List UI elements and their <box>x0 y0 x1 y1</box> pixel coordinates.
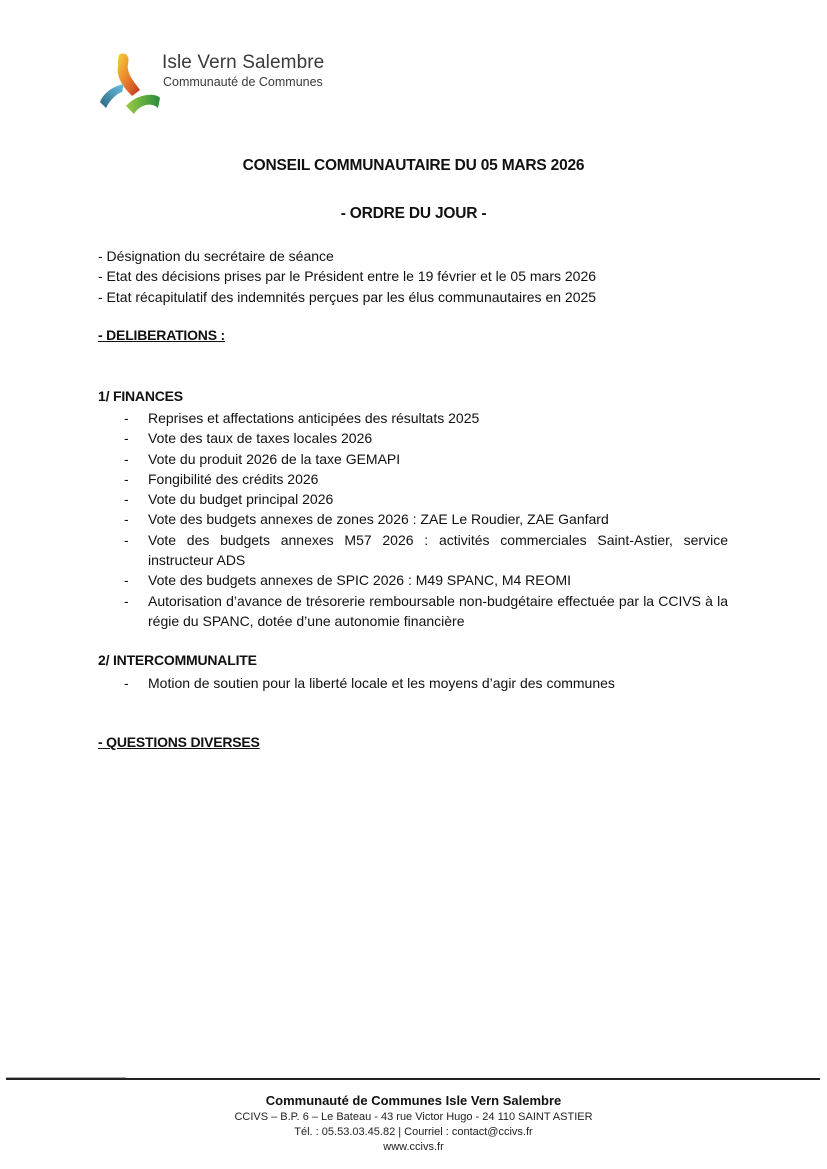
intro-list: - Désignation du secrétaire de séance - … <box>98 246 596 307</box>
section-heading-intercommunalite: 2/ INTERCOMMUNALITE <box>98 652 257 668</box>
intro-item: - Etat des décisions prises par le Prési… <box>98 266 596 286</box>
intercommunalite-list: -Motion de soutien pour la liberté local… <box>98 673 728 693</box>
list-item: -Vote des taux de taxes locales 2026 <box>98 428 728 448</box>
finances-list: -Reprises et affectations anticipées des… <box>98 408 728 631</box>
footer-organization: Communauté de Communes Isle Vern Salembr… <box>0 1093 827 1108</box>
list-item: -Autorisation d’avance de trésorerie rem… <box>98 591 728 632</box>
deliberations-heading: - DELIBERATIONS : <box>98 327 225 343</box>
intro-item: - Etat récapitulatif des indemnités perç… <box>98 287 596 307</box>
document-title: CONSEIL COMMUNAUTAIRE DU 05 MARS 2026 <box>0 157 827 175</box>
footer-divider <box>6 1078 820 1080</box>
list-item: -Vote des budgets annexes M57 2026 : act… <box>98 530 728 571</box>
list-item: -Vote du produit 2026 de la taxe GEMAPI <box>98 449 728 469</box>
logo-name: Isle Vern Salembre <box>162 52 324 74</box>
list-item: -Motion de soutien pour la liberté local… <box>98 673 728 693</box>
list-item: -Fongibilité des crédits 2026 <box>98 469 728 489</box>
footer-address: CCIVS – B.P. 6 – Le Bateau - 43 rue Vict… <box>0 1111 827 1123</box>
list-item: -Vote des budgets annexes de zones 2026 … <box>98 509 728 529</box>
footer-website: www.ccivs.fr <box>0 1141 827 1153</box>
questions-heading: - QUESTIONS DIVERSES <box>98 734 260 750</box>
list-item: -Vote des budgets annexes de SPIC 2026 :… <box>98 570 728 590</box>
intro-item: - Désignation du secrétaire de séance <box>98 246 596 266</box>
agenda-title: - ORDRE DU JOUR - <box>0 205 827 223</box>
list-item: -Reprises et affectations anticipées des… <box>98 408 728 428</box>
footer-contact: Tél. : 05.53.03.45.82 | Courriel : conta… <box>0 1126 827 1138</box>
section-heading-finances: 1/ FINANCES <box>98 388 183 404</box>
logo-emblem-icon <box>96 50 160 124</box>
list-item: -Vote du budget principal 2026 <box>98 489 728 509</box>
logo-subtitle: Communauté de Communes <box>163 75 323 89</box>
organization-logo: Isle Vern Salembre Communauté de Commune… <box>96 50 356 124</box>
